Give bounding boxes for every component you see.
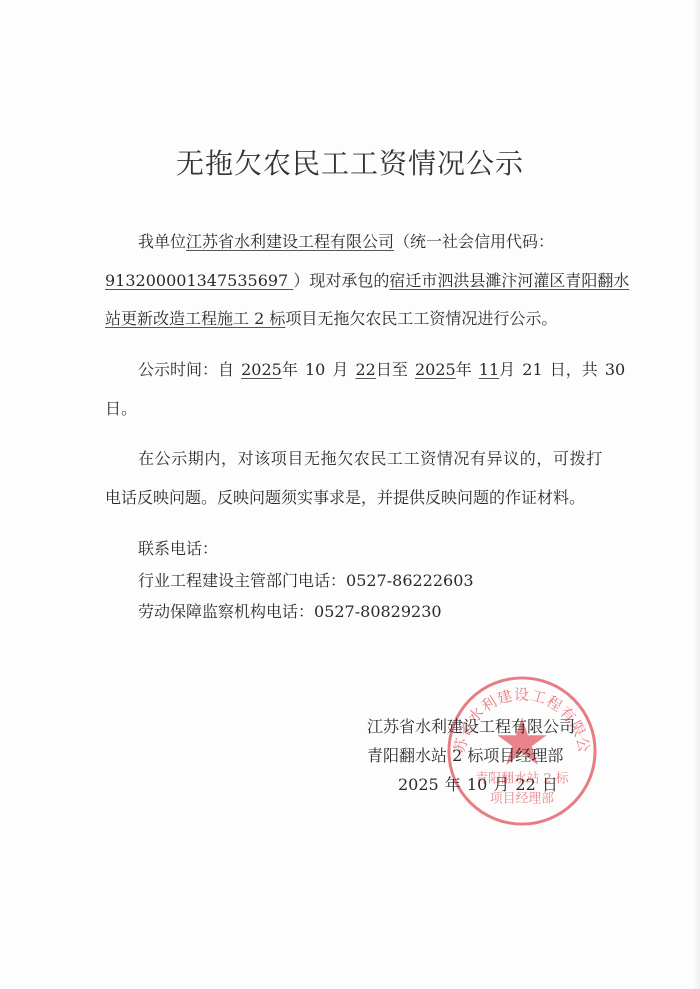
to-char: 日至 [376, 360, 408, 379]
para1-line3: 站更新改造工程施工 2 标项目无拖欠农民工工资情况进行公示。 [105, 306, 557, 329]
contact-phone[interactable]: 0527-80829230 [314, 602, 442, 621]
end-day: 21 [522, 360, 542, 379]
year-char-2: 年 [456, 360, 472, 379]
para1-end: 项目无拖欠农民工工资情况进行公示。 [285, 309, 557, 328]
contact-label: 劳动保障监察机构电话： [138, 602, 314, 621]
total-days: 30 [605, 360, 625, 379]
start-month: 10 [305, 360, 325, 379]
page-title: 无拖欠农民工工资情况公示 [0, 142, 700, 182]
contact-label: 行业工程建设主管部门电话： [138, 571, 346, 590]
end-month: 11 [479, 360, 499, 379]
total-prefix: 日，共 [550, 360, 598, 379]
signature-company: 江苏省水利建设工程有限公司 [367, 714, 575, 737]
credit-code: 913200001347535697 [105, 271, 288, 290]
signature-date: 2025 年 10 月 22 日 [398, 772, 558, 795]
para3-line2: 电话反映问题。反映问题须实事求是，并提供反映问题的作证材料。 [105, 485, 585, 508]
para1-suffix: （统一社会信用代码： [394, 232, 554, 251]
para1-prefix: 我单位 [138, 232, 186, 251]
document-page: 无拖欠农民工工资情况公示 我单位江苏省水利建设工程有限公司（统一社会信用代码： … [0, 0, 700, 989]
para1-line1: 我单位江苏省水利建设工程有限公司（统一社会信用代码： [138, 229, 554, 252]
para2-line2: 日。 [105, 396, 137, 419]
contact-item: 行业工程建设主管部门电话：0527-86222603 [138, 568, 474, 591]
project-name-part1: 宿迁市泗洪县濉汴河灌区青阳翻水 [389, 271, 629, 290]
contact-phone[interactable]: 0527-86222603 [346, 571, 474, 590]
start-day: 22 [356, 360, 376, 379]
signature-department: 青阳翻水站 2 标项目经理部 [367, 743, 563, 766]
para2-line1: 公示时间：自 2025年 10 月 22日至 2025年 11月 21 日，共 … [138, 357, 625, 380]
period-label: 公示时间：自 [138, 360, 234, 379]
para1-line2: 913200001347535697 ）现对承包的宿迁市泗洪县濉汴河灌区青阳翻水 [105, 268, 629, 291]
year-char: 年 [282, 360, 298, 379]
month-char: 月 [332, 360, 348, 379]
start-year: 2025 [241, 360, 282, 379]
month-char-2: 月 [499, 360, 515, 379]
project-name-part2: 站更新改造工程施工 2 标 [105, 309, 285, 328]
end-year: 2025 [415, 360, 456, 379]
para3-line1: 在公示期内，对该项目无拖欠农民工工资情况有异议的，可拨打 [138, 446, 603, 469]
contacts-heading: 联系电话： [138, 536, 218, 559]
para1-mid: ）现对承包的 [293, 271, 389, 290]
contact-item: 劳动保障监察机构电话：0527-80829230 [138, 599, 442, 622]
company-name: 江苏省水利建设工程有限公司 [186, 232, 394, 251]
